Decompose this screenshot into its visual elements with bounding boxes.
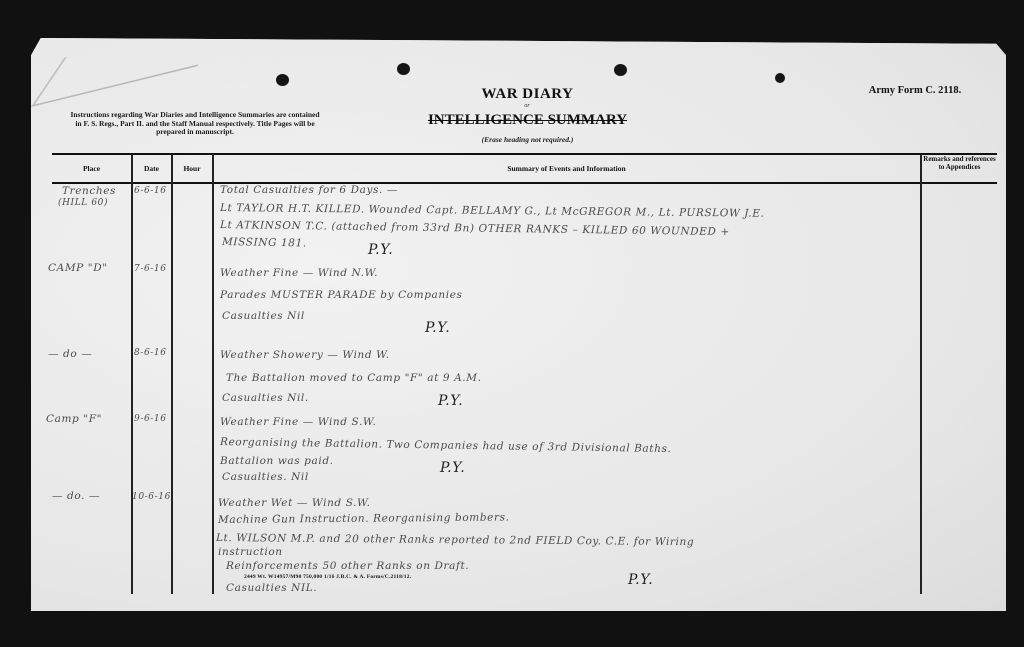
entry-date: 10-6-16 xyxy=(132,492,171,502)
entry-line: Casualties. Nil xyxy=(222,471,309,483)
entry-initials: P.Y. xyxy=(440,460,465,476)
entry-place: — do. — xyxy=(52,490,100,502)
entry-initials: P.Y. xyxy=(628,572,653,588)
column-divider xyxy=(212,154,214,594)
punch-hole xyxy=(614,64,627,76)
entry-date: 7-6-16 xyxy=(134,264,167,274)
punch-hole xyxy=(775,73,785,83)
col-summary: Summary of Events and Information xyxy=(213,164,920,173)
printer-imprint: 2449 Wt. W14957/M90 750,000 1/16 J.B.C. … xyxy=(244,574,411,580)
entry-date: 6-6-16 xyxy=(134,186,167,196)
entry-line: Reinforcements 50 other Ranks on Draft. xyxy=(226,560,469,572)
entry-place: Camp "F" xyxy=(46,413,102,425)
entry-line: Machine Gun Instruction. Reorganising bo… xyxy=(218,511,510,526)
entry-line: Battalion was paid. xyxy=(220,455,334,467)
form-number: Army Form C. 2118. xyxy=(835,85,995,96)
entry-date: 9-6-16 xyxy=(134,414,167,424)
column-divider xyxy=(920,154,922,594)
erase-note: (Erase heading not required.) xyxy=(430,135,625,144)
instructions-text: Instructions regarding War Diaries and I… xyxy=(70,111,320,137)
entry-place: CAMP "D" xyxy=(48,262,108,274)
punch-hole xyxy=(276,74,289,86)
entry-line: Casualties Nil xyxy=(222,310,305,322)
col-remarks: Remarks and references to Appendices xyxy=(922,155,997,171)
entry-initials: P.Y. xyxy=(438,393,463,409)
entry-line: The Battalion moved to Camp "F" at 9 A.M… xyxy=(226,372,482,384)
entry-place-detail: (HILL 60) xyxy=(58,198,108,208)
entry-line: Casualties Nil. xyxy=(222,392,309,404)
column-divider xyxy=(171,154,173,594)
entry-line: Parades MUSTER PARADE by Companies xyxy=(220,289,463,301)
entry-place: Trenches xyxy=(62,185,116,197)
table-top-rule xyxy=(52,153,997,155)
col-date: Date xyxy=(132,164,171,173)
entry-place: — do — xyxy=(48,348,92,360)
entry-initials: P.Y. xyxy=(425,320,450,336)
col-hour: Hour xyxy=(172,164,212,173)
punch-hole xyxy=(397,63,410,75)
entry-date: 8-6-16 xyxy=(134,348,167,358)
entry-line: Weather Showery — Wind W. xyxy=(220,349,390,361)
entry-line: Casualties NIL. xyxy=(226,582,317,594)
title-intelligence-summary: INTELLIGENCE SUMMARY xyxy=(385,112,670,129)
entry-line: MISSING 181. xyxy=(222,236,307,249)
title-war-diary: WAR DIARY xyxy=(440,86,615,103)
entry-line: instruction xyxy=(218,546,283,558)
header-bottom-rule xyxy=(52,182,997,184)
col-place: Place xyxy=(52,164,131,173)
entry-line: Weather Wet — Wind S.W. xyxy=(218,497,371,509)
column-divider xyxy=(131,154,133,594)
entry-initials: P.Y. xyxy=(368,242,393,258)
entry-line: Weather Fine — Wind N.W. xyxy=(220,267,378,279)
title-or: or xyxy=(505,103,549,109)
entry-line: Total Casualties for 6 Days. — xyxy=(220,184,398,196)
entry-line: Weather Fine — Wind S.W. xyxy=(220,416,376,428)
